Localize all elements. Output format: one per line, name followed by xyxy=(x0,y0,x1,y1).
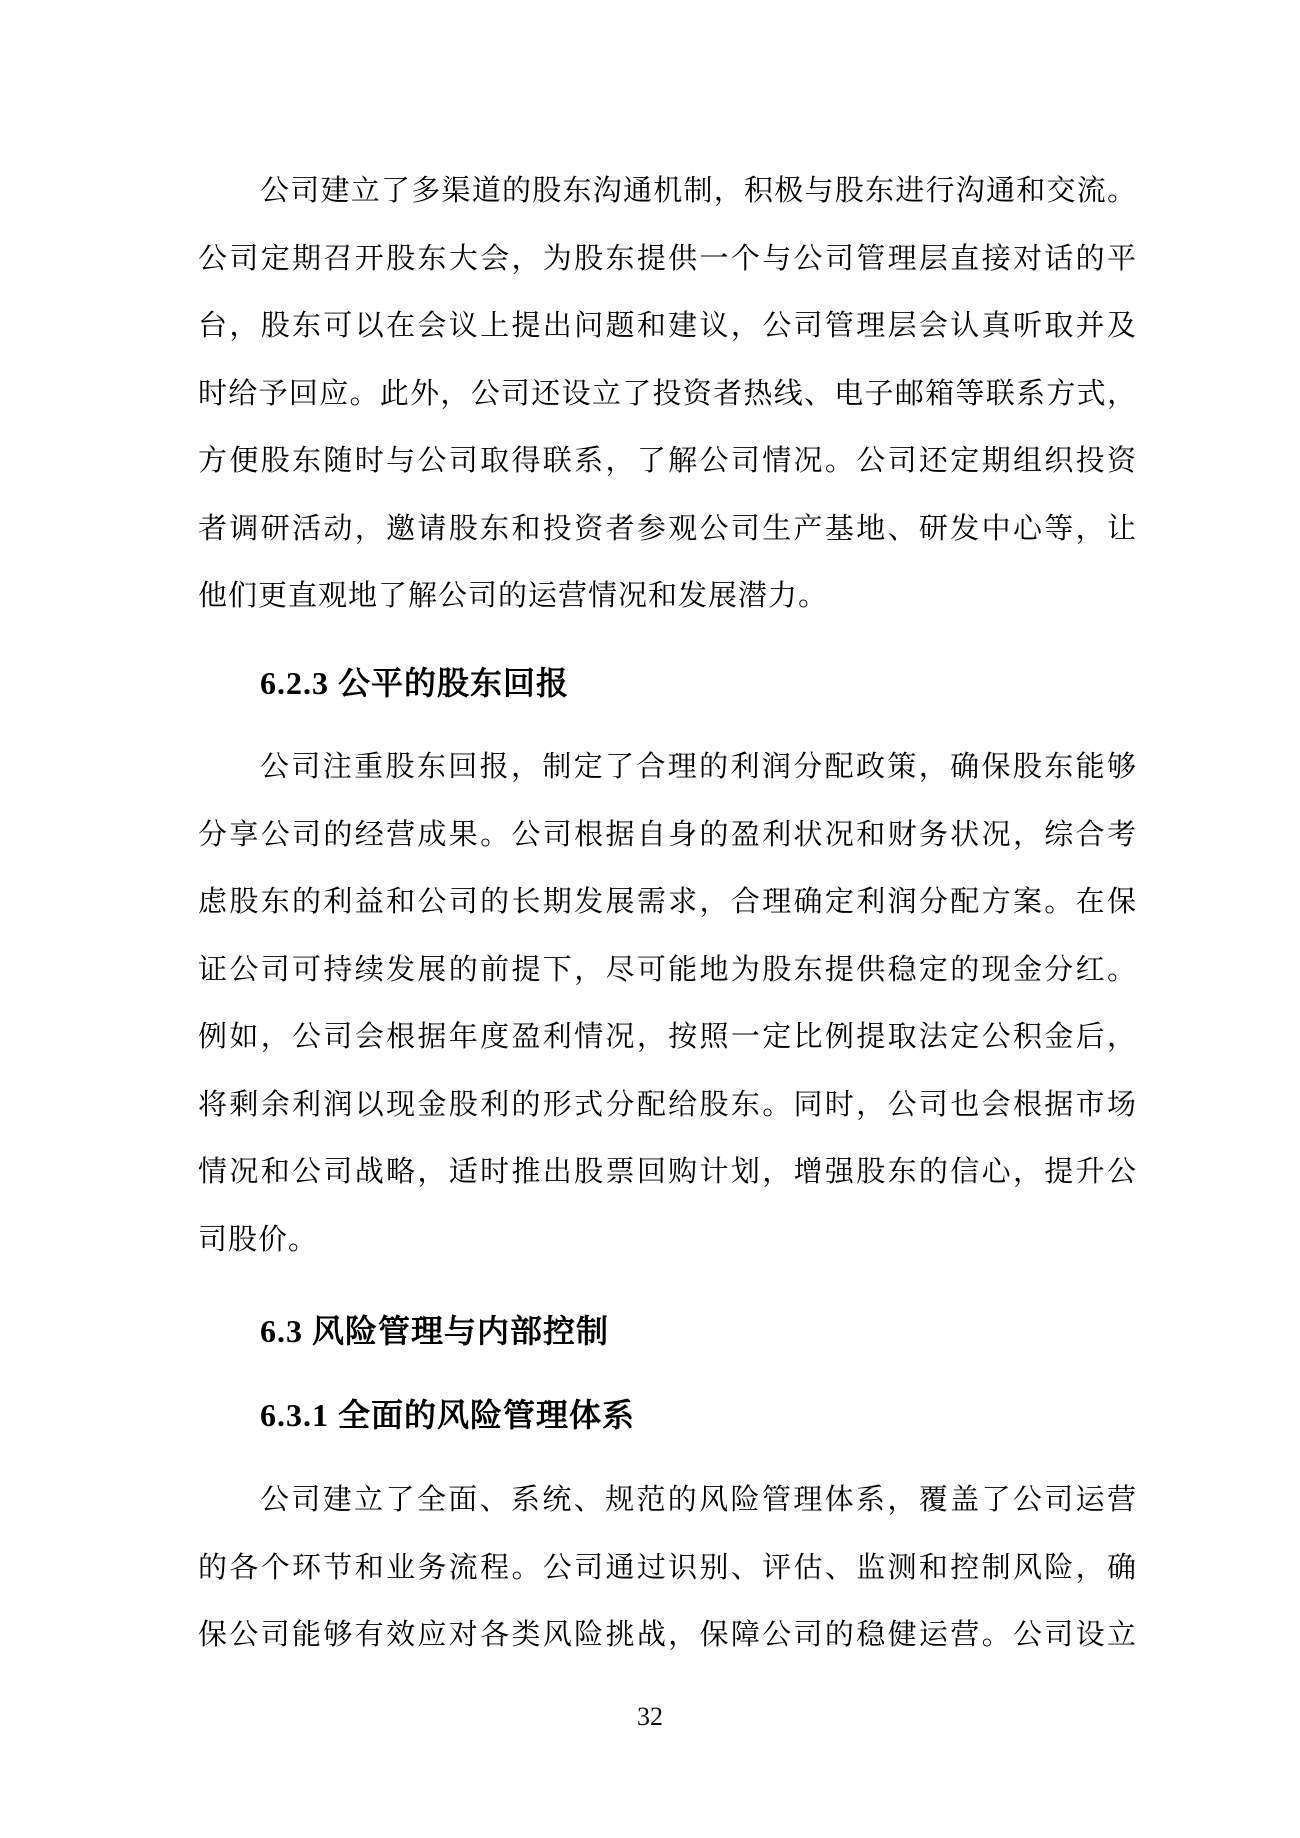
page-number: 32 xyxy=(0,1700,1300,1734)
text-line: 公司建立了全面、系统、规范的风险管理体系，覆盖了公司运营 xyxy=(198,1467,1137,1535)
paragraph-shareholder-returns: 公司注重股东回报，制定了合理的利润分配政策，确保股东能够分享公司的经营成果。公司… xyxy=(198,734,1137,1274)
heading-6-3-1-comprehensive-risk-system: 6.3.1 全面的风险管理体系 xyxy=(198,1382,1137,1450)
text-line: 分享公司的经营成果。公司根据自身的盈利状况和财务状况，综合考 xyxy=(198,802,1137,870)
text-line: 将剩余利润以现金股利的形式分配给股东。同时，公司也会根据市场 xyxy=(198,1072,1137,1140)
text-line: 时给予回应。此外，公司还设立了投资者热线、电子邮箱等联系方式， xyxy=(198,361,1137,429)
paragraph-shareholder-communication: 公司建立了多渠道的股东沟通机制，积极与股东进行沟通和交流。公司定期召开股东大会，… xyxy=(198,158,1137,631)
heading-6-3-risk-management-internal-control: 6.3 风险管理与内部控制 xyxy=(198,1298,1137,1366)
text-line: 情况和公司战略，适时推出股票回购计划，增强股东的信心，提升公 xyxy=(198,1139,1137,1207)
text-line: 证公司可持续发展的前提下，尽可能地为股东提供稳定的现金分红。 xyxy=(198,937,1137,1005)
text-line: 公司建立了多渠道的股东沟通机制，积极与股东进行沟通和交流。 xyxy=(198,158,1137,226)
text-line: 例如，公司会根据年度盈利情况，按照一定比例提取法定公积金后， xyxy=(198,1004,1137,1072)
paragraph-risk-management: 公司建立了全面、系统、规范的风险管理体系，覆盖了公司运营的各个环节和业务流程。公… xyxy=(198,1467,1137,1670)
text-line: 的各个环节和业务流程。公司通过识别、评估、监测和控制风险，确 xyxy=(198,1535,1137,1603)
text-line: 者调研活动，邀请股东和投资者参观公司生产基地、研发中心等，让 xyxy=(198,496,1137,564)
heading-6-2-3-fair-shareholder-returns: 6.2.3 公平的股东回报 xyxy=(198,650,1137,718)
text-line: 台，股东可以在会议上提出问题和建议，公司管理层会认真听取并及 xyxy=(198,293,1137,361)
text-line: 保公司能够有效应对各类风险挑战，保障公司的稳健运营。公司设立 xyxy=(198,1602,1137,1670)
text-line: 司股价。 xyxy=(198,1207,1137,1275)
text-line: 公司定期召开股东大会，为股东提供一个与公司管理层直接对话的平 xyxy=(198,226,1137,294)
text-line: 他们更直观地了解公司的运营情况和发展潜力。 xyxy=(198,563,1137,631)
document-page: 公司建立了多渠道的股东沟通机制，积极与股东进行沟通和交流。公司定期召开股东大会，… xyxy=(0,0,1300,1838)
text-line: 虑股东的利益和公司的长期发展需求，合理确定利润分配方案。在保 xyxy=(198,869,1137,937)
text-line: 方便股东随时与公司取得联系，了解公司情况。公司还定期组织投资 xyxy=(198,428,1137,496)
text-line: 公司注重股东回报，制定了合理的利润分配政策，确保股东能够 xyxy=(198,734,1137,802)
